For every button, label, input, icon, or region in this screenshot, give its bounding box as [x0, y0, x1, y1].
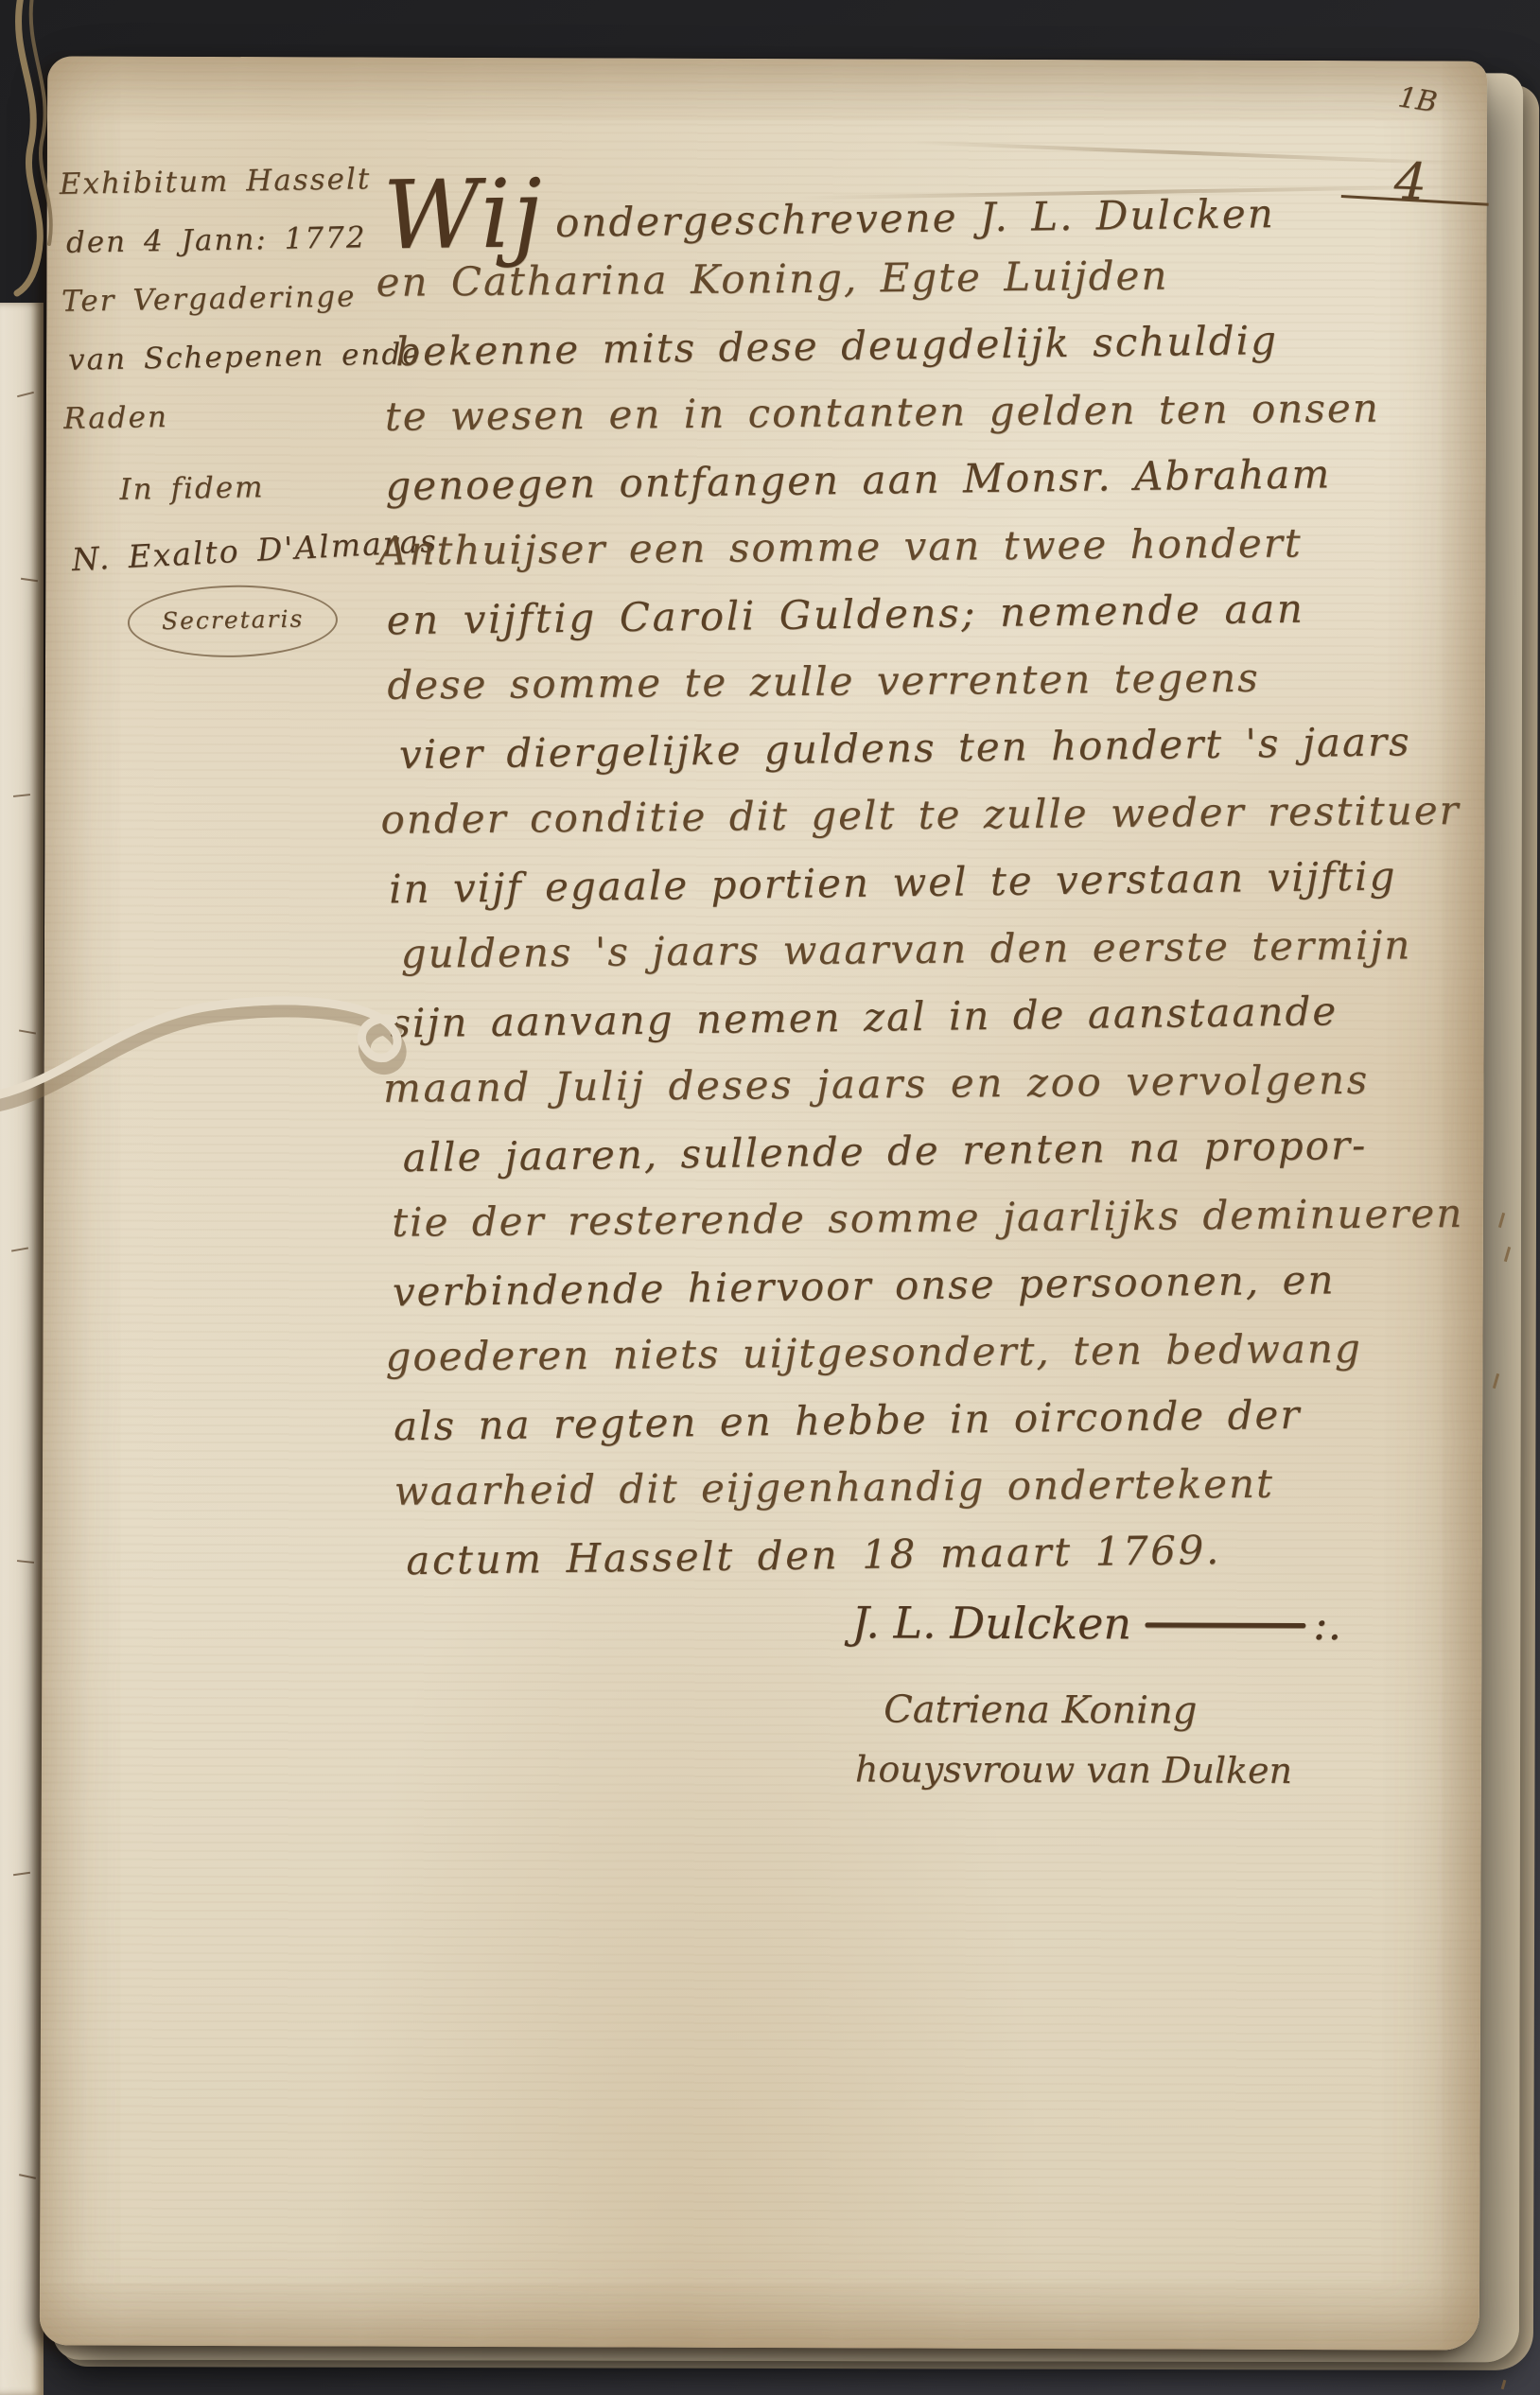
manuscript-line: Wijondergeschrevene J. L. Dulcken — [382, 164, 1499, 261]
photographed-manuscript: 1B 4 Exhibitum Hasselt den 4 Jann: 1772 … — [0, 0, 1540, 2395]
manuscript-line: actum Hasselt den 18 maart 1769. — [406, 1523, 1512, 1604]
manuscript-line: bekenne mits dese deugdelijk schuldig — [395, 314, 1501, 395]
manuscript-line: dese somme te zulle verrenten tegens — [387, 653, 1504, 729]
edge-mark — [17, 392, 34, 397]
body-text: Wijondergeschrevene J. L. Dulcken en Cat… — [383, 166, 1512, 1602]
opening-initial: Wij — [383, 185, 545, 244]
previous-page-edge — [0, 303, 44, 2395]
manuscript-line: goederen niets uijtgesondert, ten bedwan… — [385, 1324, 1510, 1401]
signature-block: J. L. Dulcken:. Catriena Koning houysvro… — [647, 1597, 1405, 1792]
manuscript-line: sijn aanvang nemen zal in de aanstaande — [390, 986, 1507, 1067]
manuscript-line: als na regten en hebbe in oirconde der — [394, 1389, 1511, 1470]
twine-strand — [17, 0, 40, 293]
manuscript-page: 1B 4 Exhibitum Hasselt den 4 Jann: 1772 … — [40, 56, 1487, 2350]
manuscript-line: in vijf egaale portien wel te verstaan v… — [389, 851, 1506, 933]
edge-mark — [11, 1247, 28, 1251]
manuscript-line: te wesen en in contanten gelden ten onse… — [385, 384, 1502, 461]
edge-mark — [21, 578, 38, 582]
manuscript-line: verbindende hiervoor onse persoonen, en — [393, 1254, 1510, 1336]
signatory-name: houysvrouw van Dulken — [855, 1748, 1292, 1792]
signature-koning: Catriena Koning — [884, 1687, 1404, 1733]
signatory-name: Catriena Koning — [884, 1687, 1197, 1732]
signatory-name: J. L. Dulcken — [851, 1597, 1131, 1649]
manuscript-line: guldens 's jaars waarvan den eerste term… — [401, 921, 1507, 998]
edge-mark — [13, 1872, 30, 1876]
manuscript-line: vier diergelijke guldens ten hondert 's … — [399, 717, 1505, 798]
signature-koning-descriptor: houysvrouw van Dulken — [855, 1748, 1404, 1792]
folio-mark-upper: 1B — [1396, 80, 1440, 119]
signature-flourish — [1145, 1622, 1305, 1628]
manuscript-line: genoegen ontfangen aan Monsr. Abraham — [385, 448, 1502, 530]
manuscript-line-text: ondergeschrevene J. L. Dulcken — [555, 190, 1275, 246]
manuscript-line: Anthuijser een somme van twee hondert — [378, 518, 1503, 595]
manuscript-line: en Catharina Koning, Egte Luijden — [376, 250, 1500, 326]
manuscript-line: maand Julij deses jaars en zoo vervolgen… — [383, 1056, 1508, 1132]
edge-mark — [19, 2174, 36, 2179]
secretary-title: Secretaris — [127, 584, 339, 659]
manuscript-line: en vijftig Caroli Guldens; nemende aan — [386, 583, 1503, 664]
signature-suffix: :. — [1313, 1599, 1341, 1650]
paper-crease — [911, 140, 1458, 165]
manuscript-line: onder conditie dit gelt te zulle weder r… — [380, 787, 1505, 864]
edge-mark — [13, 794, 30, 797]
edge-mark — [17, 1560, 34, 1564]
edge-ink-mark — [1501, 2380, 1507, 2389]
signature-dulcken: J. L. Dulcken:. — [851, 1597, 1404, 1650]
edge-mark — [19, 1029, 36, 1034]
manuscript-line: waarheid dit eijgenhandig ondertekent — [394, 1459, 1512, 1535]
manuscript-line: alle jaaren, sullende de renten na propo… — [402, 1120, 1508, 1201]
manuscript-line: tie der resterende somme jaarlijks demin… — [392, 1190, 1509, 1267]
